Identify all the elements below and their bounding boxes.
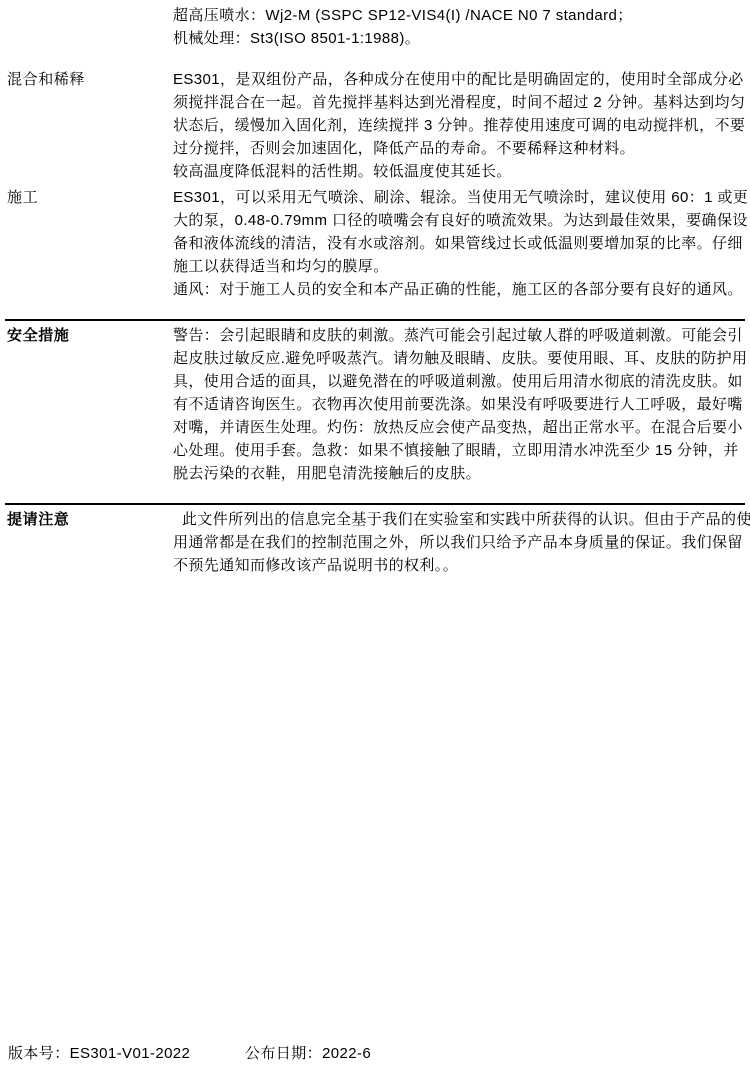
surface-prep-continuation: 超高压喷水：Wj2-M (SSPC SP12-VIS4(I) /NACE N0 … bbox=[173, 4, 633, 50]
section-label-please-note: 提请注意 bbox=[7, 508, 167, 531]
section-label-application: 施工 bbox=[7, 186, 167, 209]
publish-date-value: 2022-6 bbox=[322, 1045, 371, 1062]
section-divider-top bbox=[5, 319, 745, 321]
document-page: 超高压喷水：Wj2-M (SSPC SP12-VIS4(I) /NACE N0 … bbox=[0, 0, 750, 1071]
section-body-please-note: 此文件所列出的信息完全基于我们在实验室和实践中所获得的认识。但由于产品的使 用通… bbox=[173, 508, 748, 577]
section-label-mixing-dilution: 混合和稀释 bbox=[7, 68, 167, 91]
section-label-safety-measures: 安全措施 bbox=[7, 324, 167, 347]
version-label: 版本号： bbox=[8, 1045, 70, 1062]
section-divider-bottom bbox=[5, 503, 745, 505]
section-body-application: ES301，可以采用无气喷涂、刷涂、辊涂。当使用无气喷涂时，建议使用 60：1 … bbox=[173, 186, 748, 301]
version-number: 版本号：ES301-V01-2022 bbox=[8, 1042, 190, 1065]
publish-date-label: 公布日期： bbox=[245, 1045, 322, 1062]
section-body-safety-measures: 警告：会引起眼睛和皮肤的刺激。蒸汽可能会引起过敏人群的呼吸道刺激。可能会引 起皮… bbox=[173, 324, 748, 485]
publish-date: 公布日期：2022-6 bbox=[245, 1042, 371, 1065]
version-value: ES301-V01-2022 bbox=[70, 1045, 191, 1062]
section-body-mixing-dilution: ES301，是双组份产品，各种成分在使用中的配比是明确固定的，使用时全部成分必 … bbox=[173, 68, 748, 183]
